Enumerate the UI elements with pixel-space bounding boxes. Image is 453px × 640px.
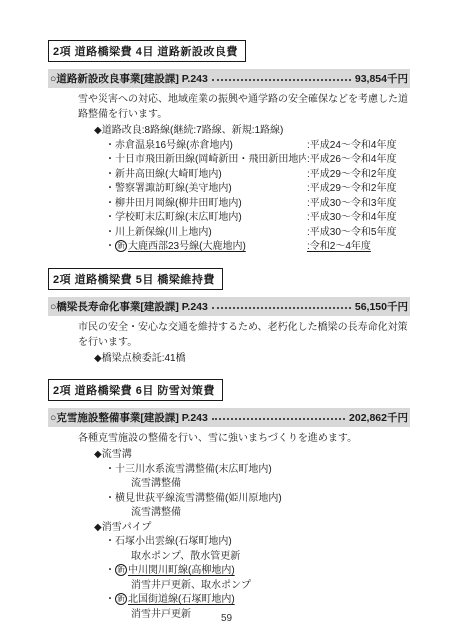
route-name: 大鹿西部23号線(大鹿地内) <box>128 241 246 252</box>
route-row: ・柳井田月岡線(柳井田町地内) :平成30〜令和3年度 <box>105 197 410 212</box>
bullet-glyph: ・ <box>105 464 115 475</box>
route-row: ・川上新保線(川上地内) :平成30〜令和5年度 <box>105 226 410 241</box>
program-amount: 93,854千円 <box>355 71 408 86</box>
program-title: ○克雪施設整備事業[建設課] P.243 <box>50 410 208 425</box>
route-period: :平成30〜令和5年度 <box>306 226 396 241</box>
route-row: ・警察署諏訪町線(美守地内) :平成29〜令和2年度 <box>105 182 410 197</box>
bullet-glyph: ・ <box>105 198 115 209</box>
work-detail: 流雪溝整備 <box>131 506 410 521</box>
section-heading: 2項 道路橋梁費 4目 道路新設改良費 <box>48 40 246 62</box>
route-name: 十日市飛田新田線(岡崎新田・飛田新田地内) <box>115 154 312 165</box>
facility-row: ・石塚小出雲線(石塚町地内) <box>105 535 410 550</box>
route-period: :平成24〜令和4年度 <box>306 139 396 154</box>
document-content: 2項 道路橋梁費 4目 道路新設改良費 ○道路新設改良事業[建設課] P.243… <box>48 40 410 635</box>
route-row: ・十日市飛田新田線(岡崎新田・飛田新田地内) :平成26〜令和4年度 <box>105 153 410 168</box>
bullet-glyph: ・ <box>105 227 115 238</box>
bullet-glyph: ・ <box>105 241 115 252</box>
route-row: ・新大鹿西部23号線(大鹿地内) :令和2〜4年度 <box>105 240 410 255</box>
description-text: 雪や災害への対応、地域産業の振興や通学路の安全確保などを考慮した道路整備を行いま… <box>78 92 409 122</box>
bullet-glyph: ・ <box>105 536 115 547</box>
route-name: 学校町末広町線(末広町地内) <box>115 212 242 223</box>
description-text: 市民の安全・安心な交通を維持するため、老朽化した橋梁の長寿命化対策を行います。 <box>78 320 409 350</box>
dotted-leader <box>212 304 351 309</box>
facility-name: 横見世荻平線流雪溝整備(姫川原地内) <box>115 493 282 504</box>
group-label: ◆橋梁点検委託:41橋 <box>94 352 410 367</box>
new-item-badge: 新 <box>115 593 127 605</box>
bullet-glyph: ・ <box>105 594 115 605</box>
bullet-glyph: ・ <box>105 140 115 151</box>
bullet-glyph: ・ <box>105 493 115 504</box>
facility-row: ・十三川水系流雪溝整備(末広町地内) <box>105 463 410 478</box>
work-detail: 消雪井戸更新、取水ポンプ <box>131 579 410 594</box>
work-detail: 取水ポンプ、散水管更新 <box>131 550 410 565</box>
group-label: ◆消雪パイプ <box>94 521 410 536</box>
bullet-glyph: ・ <box>105 169 115 180</box>
dotted-leader <box>212 76 351 81</box>
work-detail: 流雪溝整備 <box>131 477 410 492</box>
page: 2項 道路橋梁費 4目 道路新設改良費 ○道路新設改良事業[建設課] P.243… <box>0 0 453 640</box>
new-item-badge: 新 <box>115 564 127 576</box>
route-period: :平成30〜令和3年度 <box>306 197 396 212</box>
facility-name: 中川関川町線(高柳地内) <box>128 565 235 576</box>
route-row: ・新井高田線(大崎町地内) :平成29〜令和2年度 <box>105 168 410 183</box>
route-period: :平成26〜令和4年度 <box>306 153 396 168</box>
route-row: ・学校町末広町線(末広町地内) :平成30〜令和4年度 <box>105 211 410 226</box>
program-row: ○克雪施設整備事業[建設課] P.243 202,862千円 <box>48 408 410 427</box>
section-bridge-maintenance: 2項 道路橋梁費 5目 橋梁維持費 ○橋梁長寿命化事業[建設課] P.243 5… <box>48 268 410 367</box>
route-period: :平成29〜令和2年度 <box>306 168 396 183</box>
bullet-glyph: ・ <box>105 212 115 223</box>
bullet-glyph: ・ <box>105 565 115 576</box>
route-row: ・赤倉温泉16号線(赤倉地内) :平成24〜令和4年度 <box>105 139 410 154</box>
route-period: :令和2〜4年度 <box>306 240 371 255</box>
route-period: :平成30〜令和4年度 <box>306 211 396 226</box>
facility-row: ・新北国街道線(石塚町地内) <box>105 593 410 608</box>
bullet-glyph: ・ <box>105 183 115 194</box>
program-title: ○道路新設改良事業[建設課] P.243 <box>50 71 208 86</box>
program-amount: 56,150千円 <box>355 299 408 314</box>
group-label: ◆流雪溝 <box>94 448 410 463</box>
section-heading: 2項 道路橋梁費 5目 橋梁維持費 <box>48 268 223 290</box>
route-name: 新井高田線(大崎町地内) <box>115 169 222 180</box>
route-name: 警察署諏訪町線(美守地内) <box>115 183 232 194</box>
section-heading: 2項 道路橋梁費 6目 防雪対策費 <box>48 379 223 401</box>
route-name: 川上新保線(川上地内) <box>115 227 212 238</box>
section-snow-countermeasures: 2項 道路橋梁費 6目 防雪対策費 ○克雪施設整備事業[建設課] P.243 2… <box>48 379 410 622</box>
facility-name: 北国街道線(石塚町地内) <box>128 594 235 605</box>
page-number: 59 <box>0 613 453 624</box>
facility-name: 石塚小出雲線(石塚町地内) <box>115 536 232 547</box>
route-name: 柳井田月岡線(柳井田町地内) <box>115 198 242 209</box>
facility-name: 十三川水系流雪溝整備(末広町地内) <box>115 464 272 475</box>
bullet-glyph: ・ <box>105 154 115 165</box>
description-text: 各種克雪施設の整備を行い、雪に強いまちづくりを進めます。 <box>78 431 409 446</box>
route-name: 赤倉温泉16号線(赤倉地内) <box>115 140 233 151</box>
program-row: ○橋梁長寿命化事業[建設課] P.243 56,150千円 <box>48 297 410 316</box>
section-road-improvement: 2項 道路橋梁費 4目 道路新設改良費 ○道路新設改良事業[建設課] P.243… <box>48 40 410 255</box>
dotted-leader <box>212 415 345 420</box>
new-item-badge: 新 <box>115 240 127 252</box>
program-amount: 202,862千円 <box>349 410 408 425</box>
program-row: ○道路新設改良事業[建設課] P.243 93,854千円 <box>48 69 410 88</box>
group-label: ◆道路改良:8路線(継続:7路線、新規:1路線) <box>94 124 410 139</box>
facility-row: ・新中川関川町線(高柳地内) <box>105 564 410 579</box>
program-title: ○橋梁長寿命化事業[建設課] P.243 <box>50 299 208 314</box>
facility-row: ・横見世荻平線流雪溝整備(姫川原地内) <box>105 492 410 507</box>
route-period: :平成29〜令和2年度 <box>306 182 396 197</box>
